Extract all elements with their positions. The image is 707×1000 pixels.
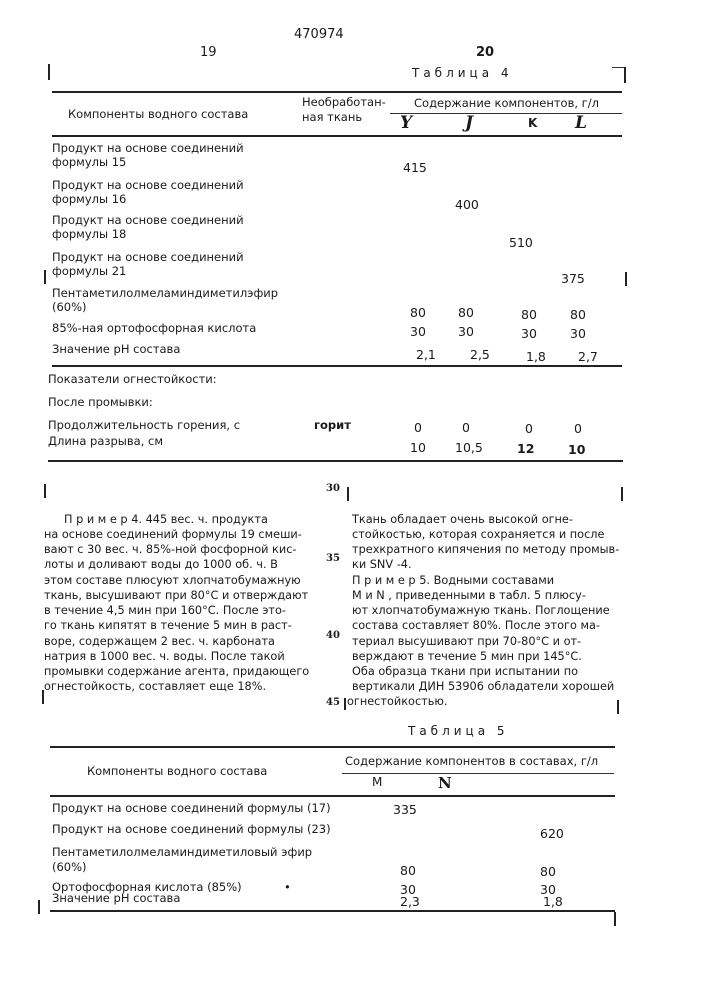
table5-header-content: Содержание компонентов в составах, г/л [345,754,598,768]
margin-mark [625,272,627,286]
table5-row2-label: Продукт на основе соединений формулы (23… [52,822,331,836]
table5-header-components: Компоненты водного состава [87,764,267,778]
text-line: го ткань кипятят в течение 5 мин в раст- [44,618,292,633]
table4-row5-y: 80 [410,305,426,320]
table4-row3-label2: формулы 18 [52,227,126,241]
table4-row3-k: 510 [509,235,533,250]
text-line: вают с 30 вес. ч. 85%-ной фосфорной кис- [44,542,297,557]
table4-col-y: Y [400,113,412,133]
table4-row5-label2: (60%) [52,300,87,314]
table4-header-content: Содержание компонентов, г/л [414,96,599,110]
table4-row4-label1: Продукт на основе соединений [52,250,244,264]
text-line: ки SNV -4. [352,557,412,572]
table5-subheader-rule [342,773,614,774]
fire-section-title: Показатели огнестойкости: [48,372,217,386]
tear-length-l: 10 [568,442,585,457]
table4-row2-label2: формулы 16 [52,192,126,206]
table4-row7-k: 1,8 [526,349,546,364]
table5-col-m: M [372,775,382,789]
page-number-right: 20 [476,45,494,60]
table4-bottom-rule [48,460,623,462]
table5-row5-label: Значение pH состава [52,891,180,905]
table4-row5-l: 80 [570,307,586,322]
table4-subheader-rule [390,113,622,114]
table4-row3-label1: Продукт на основе соединений [52,213,244,227]
text-line: трехкратного кипячения по методу промыв- [352,542,619,557]
table5-bottom-rule [50,910,615,912]
table4-row5-k: 80 [521,307,537,322]
table4-row6-y: 30 [410,324,426,339]
margin-mark [344,698,346,710]
table4-row4-l: 375 [561,271,585,286]
line-number-40: 40 [326,630,340,641]
table5-header-bottom-rule [50,795,615,797]
patent-number: 470974 [294,27,344,42]
table4-row1-label1: Продукт на основе соединений [52,141,244,155]
table4-row5-label1: Пентаметилолмеламиндиметилэфир [52,286,278,300]
text-line: в течение 4,5 мин при 160°C. После это- [44,603,286,618]
table5-col-n: N [438,774,452,792]
tear-length-label: Длина разрыва, см [48,434,163,448]
margin-mark [347,487,349,501]
table4-row7-j: 2,5 [470,347,490,362]
table4-col-l: L [575,113,587,133]
table5-row5-n: 1,8 [543,894,563,909]
tear-length-k: 12 [517,441,534,456]
line-number-35: 35 [326,553,340,564]
burn-duration-y: 0 [414,420,422,435]
margin-mark [617,700,619,714]
text-line: териал высушивают при 70-80°C и от- [352,634,581,649]
table4-row6-label: 85%-ная ортофосфорная кислота [52,321,256,335]
text-line: Ткань обладает очень высокой огне- [352,512,573,527]
table4-row6-j: 30 [458,324,474,339]
line-number-30: 30 [326,483,340,494]
table5-row3-label2: (60%) [52,860,87,874]
tear-length-y: 10 [410,440,426,455]
table4-row5-j: 80 [458,305,474,320]
text-line: стойкостью, которая сохраняется и после [352,527,604,542]
burn-duration-j: 0 [462,420,470,435]
burn-duration-l: 0 [574,421,582,436]
table5-row1-m: 335 [393,802,417,817]
table4-col-j: J [465,113,473,133]
margin-mark [48,64,50,80]
table4-header-bottom-rule [52,135,622,137]
margin-mark [44,270,46,284]
tear-length-j: 10,5 [455,440,483,455]
table4-row6-l: 30 [570,326,586,341]
table5-row2-n: 620 [540,826,564,841]
table4-row1-y: 415 [403,160,427,175]
text-line: Оба образца ткани при испытании по [352,664,578,679]
table4-row7-y: 2,1 [416,347,436,362]
table4-mid-rule [52,365,622,367]
table4-col-k: K [528,116,537,130]
text-line: верждают в течение 5 мин при 145°C. [352,649,582,664]
table4-row7-label: Значение pH состава [52,342,180,356]
table4-top-rule [52,91,622,93]
stray-dot: • [284,880,291,894]
text-line: огнестойкостью. [347,694,448,709]
fire-section-subtitle: После промывки: [48,395,153,409]
table4-row7-l: 2,7 [578,349,598,364]
burn-duration-k: 0 [525,421,533,436]
text-line: П р и м е р 5. Водными составами [352,573,554,588]
text-line: промывки содержание агента, придающего [44,664,309,679]
text-line: M и N , приведенными в табл. 5 плюсу- [352,588,586,603]
text-line: воре, содержащем 2 вес. ч. карбоната [44,634,275,649]
text-line: лоты и доливают воды до 1000 об. ч. В [44,557,278,572]
table5-row3-n: 80 [540,864,556,879]
margin-mark [38,900,40,914]
table5-title: Таблица 5 [408,724,509,738]
table4-title: Таблица 4 [412,66,513,80]
text-line: вертикали ДИН 53906 обладатели хорошей [352,679,614,694]
table5-row5-m: 2,3 [400,894,420,909]
table4-header-components: Компоненты водного состава [68,107,248,121]
table4-row1-label2: формулы 15 [52,155,126,169]
text-line: состава составляет 80%. После этого ма- [352,618,600,633]
table5-row3-m: 80 [400,863,416,878]
burn-duration-untreated: горит [314,418,351,432]
margin-mark [621,487,623,501]
table5-top-rule [50,746,615,748]
text-line: огнестойкость, составляет еще 18%. [44,679,266,694]
text-line: ткань, высушивают при 80°C и отверждают [44,588,308,603]
text-line: ют хлопчатобумажную ткань. Поглощение [352,603,610,618]
table4-row2-j: 400 [455,197,479,212]
text-line: натрия в 1000 вес. ч. воды. После такой [44,649,285,664]
line-number-45: 45 [326,697,340,708]
margin-mark [614,912,616,926]
table4-header-untreated-1: Необработан- [302,95,386,109]
table4-row4-label2: формулы 21 [52,264,126,278]
text-line: на основе соединений формулы 19 смеши- [44,527,302,542]
table5-row1-label: Продукт на основе соединений формулы (17… [52,801,331,815]
text-line: этом составе плюсуют хлопчатобумажную [44,573,301,588]
table4-header-untreated-2: ная ткань [302,110,362,124]
burn-duration-label: Продолжительность горения, с [48,418,240,432]
margin-mark [44,484,46,498]
table4-row2-label1: Продукт на основе соединений [52,178,244,192]
table4-row6-k: 30 [521,326,537,341]
page-number-left: 19 [200,45,217,60]
table5-row3-label1: Пентаметилолмеламиндиметиловый эфир [52,845,312,859]
text-line: П р и м е р 4. 445 вес. ч. продукта [64,512,268,527]
corner-mark-vertical [624,67,626,83]
